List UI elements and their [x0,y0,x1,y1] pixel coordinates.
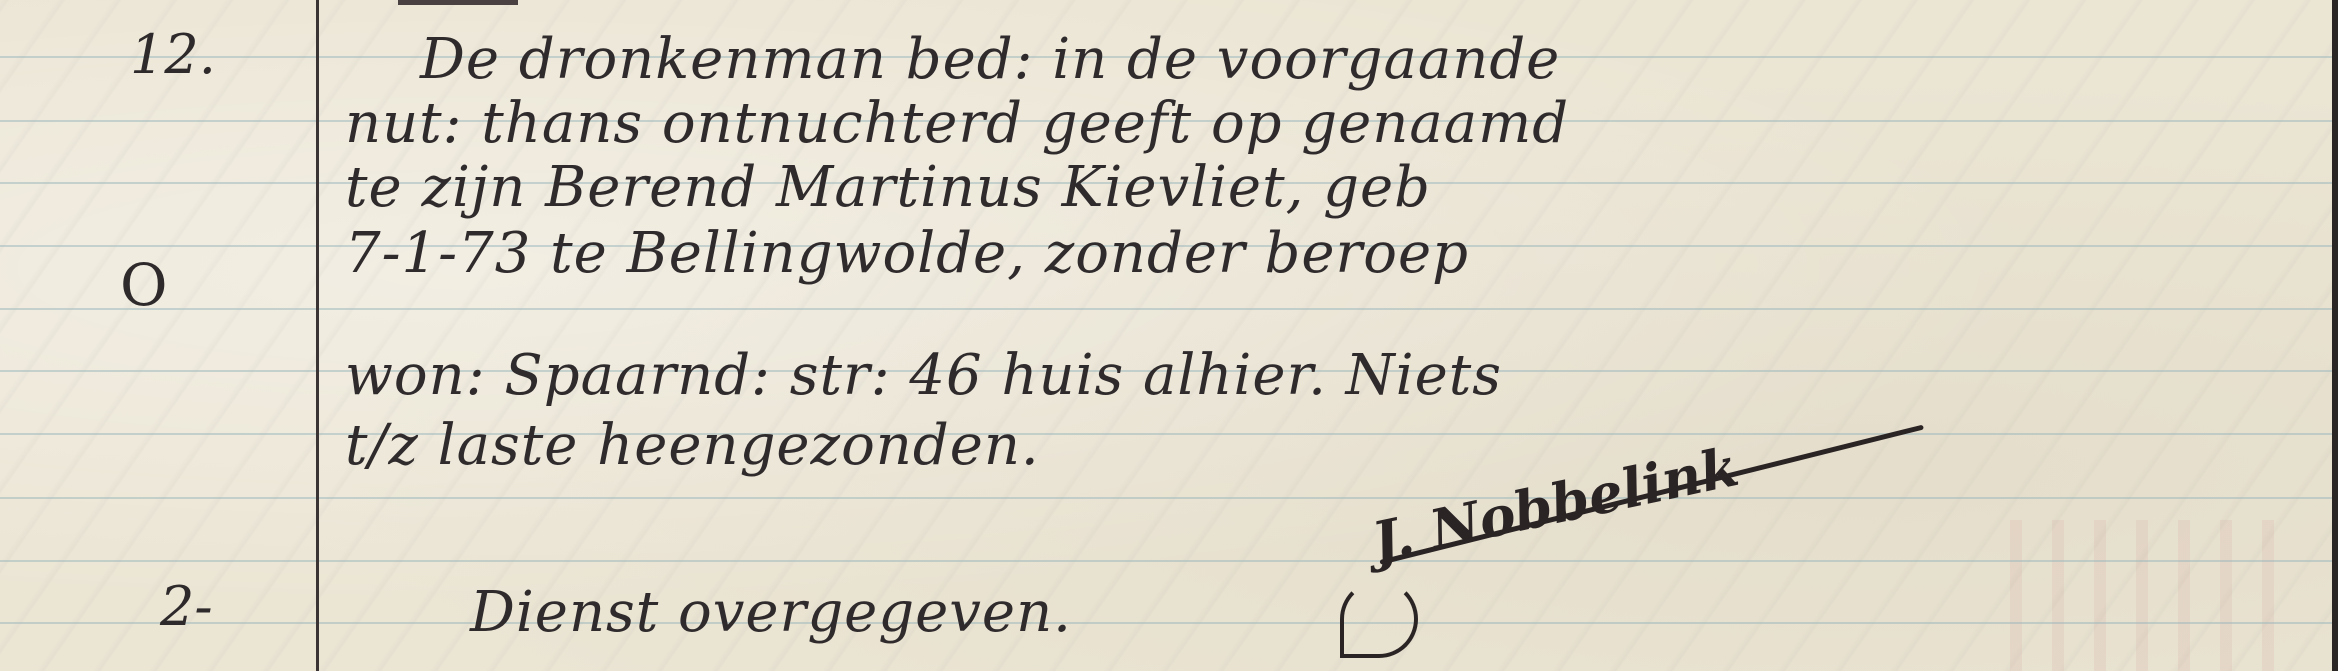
ruled-line [0,308,2334,310]
handwritten-line: De dronkenman bed: in de voorgaande [420,32,1560,88]
entry-number: 2- [160,580,213,634]
red-bleed-through [1980,520,2300,671]
previous-entry-underline [398,0,518,5]
ruled-line [0,497,2334,499]
ruled-line [0,560,2334,562]
register-page: 12. O 2- De dronkenman bed: in de voorga… [0,0,2338,671]
handwritten-line: Dienst overgegeven. [470,585,1072,641]
handwritten-line: won: Spaarnd: str: 46 huis alhier. Niets [345,348,1502,404]
handwritten-line: nut: thans ontnuchterd geeft op genaamd [345,96,1569,152]
handwritten-line: te zijn Berend Martinus Kievliet, geb [345,160,1431,216]
page-edge [2332,0,2338,671]
ruled-line [0,622,2334,624]
handwritten-line: t/z laste heengezonden. [345,418,1040,474]
handwritten-line: 7-1-73 te Bellingwolde, zonder beroep [345,226,1469,282]
entry-number: 12. [130,28,216,82]
margin-mark: O [120,256,168,314]
signature-flourish [1340,580,1418,658]
margin-line [316,0,319,671]
